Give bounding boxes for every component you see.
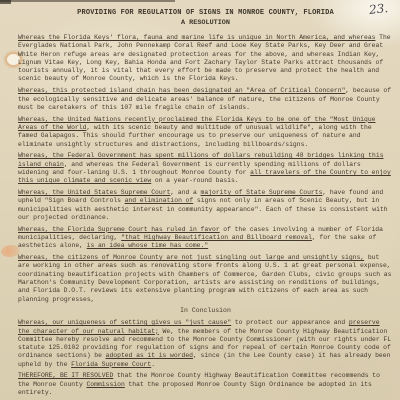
document-body: PROVIDING FOR REGULATION OF SIGNS IN MON… bbox=[18, 6, 393, 400]
paragraph-whereas-united-nations: Whereas, the United Nations recently pro… bbox=[18, 116, 393, 149]
scan-edge-artifact bbox=[0, 0, 175, 2]
paragraph-whereas-flora: Whereas the Florida Keys' flora, fauna a… bbox=[18, 34, 393, 84]
paragraph-whereas-critical-concern: Whereas, this protected island chain has… bbox=[18, 87, 393, 112]
scanned-resolution-page: 23. PROVIDING FOR REGULATION OF SIGNS IN… bbox=[0, 0, 400, 400]
paragraph-whereas-florida-supreme-court: Whereas, the Florida Supreme Court has r… bbox=[18, 226, 393, 251]
conclusion-heading: In Conclusion bbox=[18, 307, 393, 315]
paragraph-whereas-citizens: Whereas, the citizens of Monroe County a… bbox=[18, 254, 393, 304]
paragraph-whereas-federal-government: Whereas, the Federal Government has spen… bbox=[18, 152, 393, 185]
document-subtitle: A RESOLUTION bbox=[18, 19, 393, 28]
paragraph-therefore-resolved: THEREFORE, BE IT RESOLVED that the Monro… bbox=[18, 372, 393, 397]
document-title: PROVIDING FOR REGULATION OF SIGNS IN MON… bbox=[18, 9, 393, 18]
paragraph-whereas-supreme-court: Whereas, the United States Supreme Court… bbox=[18, 189, 393, 222]
paragraph-whereas-uniqueness: Whereas, our uniqueness of setting gives… bbox=[18, 319, 393, 369]
corner-mark-artifact bbox=[0, 0, 11, 4]
